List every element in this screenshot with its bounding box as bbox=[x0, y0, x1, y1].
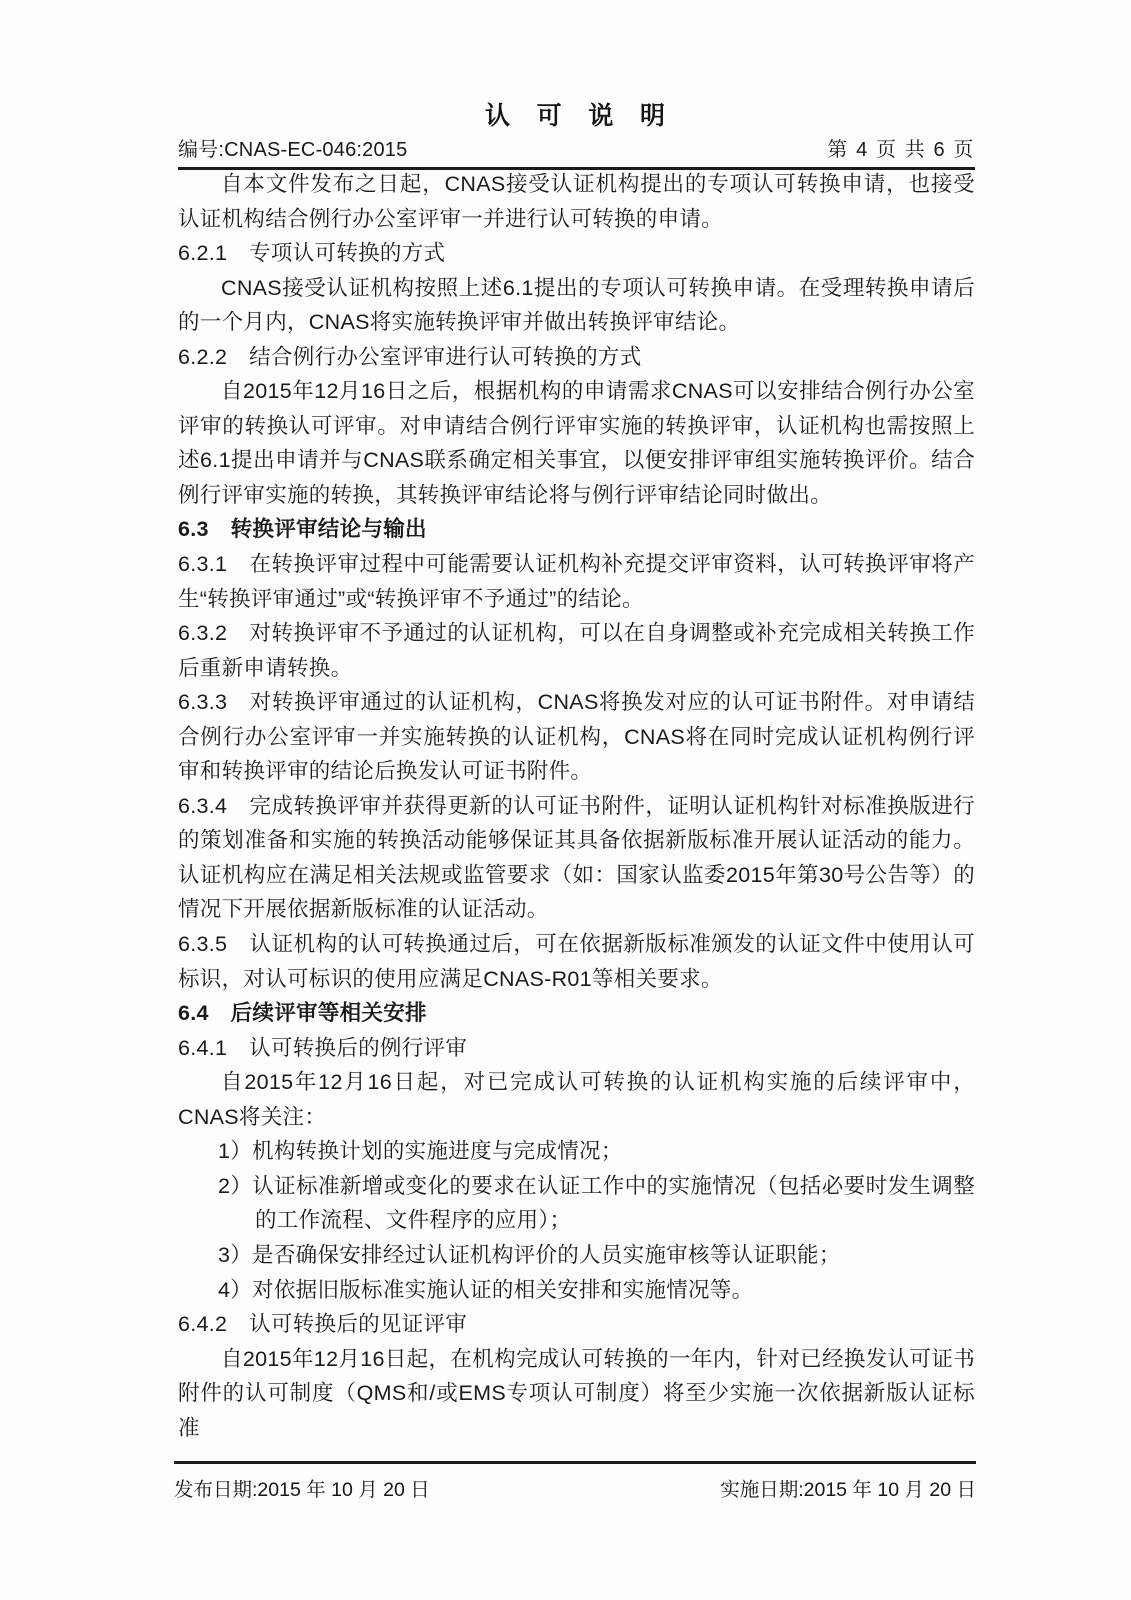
paragraph-6-3-2: 6.3.2 对转换评审不予通过的认证机构，可以在自身调整或补充完成相关转换工作后… bbox=[178, 616, 975, 685]
header-meta-row: 编号:CNAS-EC-046:2015 第 4 页 共 6 页 bbox=[178, 133, 975, 170]
paragraph-6-3-1: 6.3.1 在转换评审过程中可能需要认证机构补充提交评审资料，认可转换评审将产生… bbox=[178, 547, 975, 616]
page-title: 认 可 说 明 bbox=[178, 96, 975, 132]
clause-6-2-2-title: 6.2.2 结合例行办公室评审进行认可转换的方式 bbox=[178, 340, 975, 375]
paragraph-6-3-5: 6.3.5 认证机构的认可转换通过后，可在依据新版标准颁发的认证文件中使用认可标… bbox=[178, 927, 975, 996]
doc-number: 编号:CNAS-EC-046:2015 bbox=[178, 133, 407, 162]
list-item-1: 1）机构转换计划的实施进度与完成情况； bbox=[178, 1134, 975, 1169]
document-body: 自本文件发布之日起，CNAS接受认证机构提出的专项认可转换申请，也接受认证机构结… bbox=[178, 167, 975, 1445]
paragraph-6-2-2: 自2015年12月16日之后，根据机构的申请需求CNAS可以安排结合例行办公室评… bbox=[178, 374, 975, 512]
paragraph-6-3-4: 6.3.4 完成转换评审并获得更新的认可证书附件，证明认证机构针对标准换版进行的… bbox=[178, 789, 975, 927]
list-item-3: 3）是否确保安排经过认证机构评价的人员实施审核等认证职能； bbox=[178, 1238, 975, 1273]
clause-6-2-1-title: 6.2.1 专项认可转换的方式 bbox=[178, 236, 975, 271]
paragraph-6-4-2: 自2015年12月16日起，在机构完成认可转换的一年内，针对已经换发认可证书附件… bbox=[178, 1342, 975, 1446]
paragraph-intro: 自本文件发布之日起，CNAS接受认证机构提出的专项认可转换申请，也接受认证机构结… bbox=[178, 167, 975, 236]
heading-6-3: 6.3 转换评审结论与输出 bbox=[178, 512, 975, 547]
implementation-date: 实施日期:2015 年 10 月 20 日 bbox=[720, 1474, 976, 1502]
list-item-4: 4）对依据旧版标准实施认证的相关安排和实施情况等。 bbox=[178, 1273, 975, 1308]
paragraph-6-4-1-intro: 自2015年12月16日起，对已完成认可转换的认证机构实施的后续评审中，CNAS… bbox=[178, 1065, 975, 1134]
clause-6-4-1-title: 6.4.1 认可转换后的例行评审 bbox=[178, 1031, 975, 1066]
list-item-2: 2）认证标准新增或变化的要求在认证工作中的实施情况（包括必要时发生调整的工作流程… bbox=[178, 1169, 975, 1238]
heading-6-4: 6.4 后续评审等相关安排 bbox=[178, 996, 975, 1031]
page-footer: 发布日期:2015 年 10 月 20 日 实施日期:2015 年 10 月 2… bbox=[174, 1461, 976, 1502]
page-number: 第 4 页 共 6 页 bbox=[827, 133, 975, 162]
clause-6-4-2-title: 6.4.2 认可转换后的见证评审 bbox=[178, 1307, 975, 1342]
paragraph-6-2-1: CNAS接受认证机构按照上述6.1提出的专项认可转换申请。在受理转换申请后的一个… bbox=[178, 271, 975, 340]
document-page: 认 可 说 明 编号:CNAS-EC-046:2015 第 4 页 共 6 页 … bbox=[0, 0, 1131, 1600]
release-date: 发布日期:2015 年 10 月 20 日 bbox=[174, 1474, 430, 1502]
paragraph-6-3-3: 6.3.3 对转换评审通过的认证机构，CNAS将换发对应的认可证书附件。对申请结… bbox=[178, 685, 975, 789]
page-header: 认 可 说 明 编号:CNAS-EC-046:2015 第 4 页 共 6 页 bbox=[178, 96, 975, 170]
